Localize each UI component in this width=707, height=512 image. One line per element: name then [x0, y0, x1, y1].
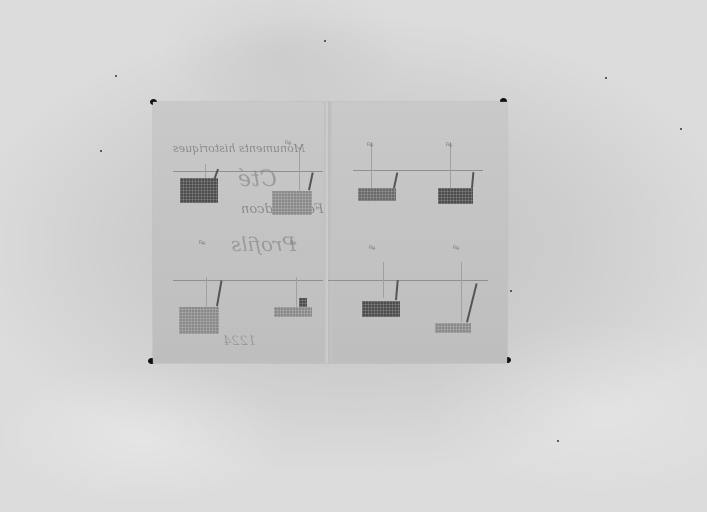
wall-speck: [510, 290, 512, 292]
wall-speck: [100, 150, 102, 152]
sheet-fold: [324, 102, 332, 363]
profile-block: [435, 323, 471, 333]
figure-label: Fig.: [199, 240, 206, 245]
figure-label: Fig.: [446, 142, 453, 147]
wall-speck: [115, 75, 117, 77]
figure-label: Fig.: [369, 245, 376, 250]
profile-axis: [383, 262, 384, 298]
sheet-title-line-4: Profils: [231, 232, 296, 256]
profile-axis: [296, 277, 297, 307]
profile-block: [362, 301, 400, 317]
figure-label: Fig.: [453, 245, 460, 250]
profile-block: [299, 298, 307, 307]
profile-axis: [299, 147, 300, 193]
wall-speck: [324, 40, 326, 42]
profile-slope: [471, 172, 474, 188]
reference-line: [328, 280, 488, 281]
figure-label: Fig.: [285, 140, 292, 145]
drawing-sheet: Monuments historiques Cté Fermandcon Pro…: [153, 102, 507, 363]
figure-label: Fig.: [367, 142, 374, 147]
profile-axis: [461, 262, 462, 322]
profile-block: [180, 178, 218, 203]
profile-slope: [308, 172, 313, 190]
figure-label: Fig.: [290, 240, 297, 245]
profile-axis: [450, 142, 451, 192]
wall-speck: [557, 440, 559, 442]
profile-block: [358, 188, 396, 201]
reference-line: [353, 170, 483, 171]
profile-slope: [393, 172, 398, 188]
profile-block: [272, 191, 312, 215]
profile-block: [179, 307, 219, 334]
profile-axis: [371, 142, 372, 192]
profile-block: [274, 307, 312, 317]
profile-slope: [216, 280, 222, 306]
wall-speck: [605, 77, 607, 79]
wall-speck: [680, 128, 682, 130]
profile-block: [438, 188, 473, 204]
profile-slope: [466, 283, 477, 322]
profile-slope: [395, 280, 398, 300]
reference-line: [173, 171, 323, 172]
handwritten-note: 1224: [223, 334, 256, 349]
reference-line: [173, 280, 323, 281]
profile-axis: [206, 277, 207, 307]
